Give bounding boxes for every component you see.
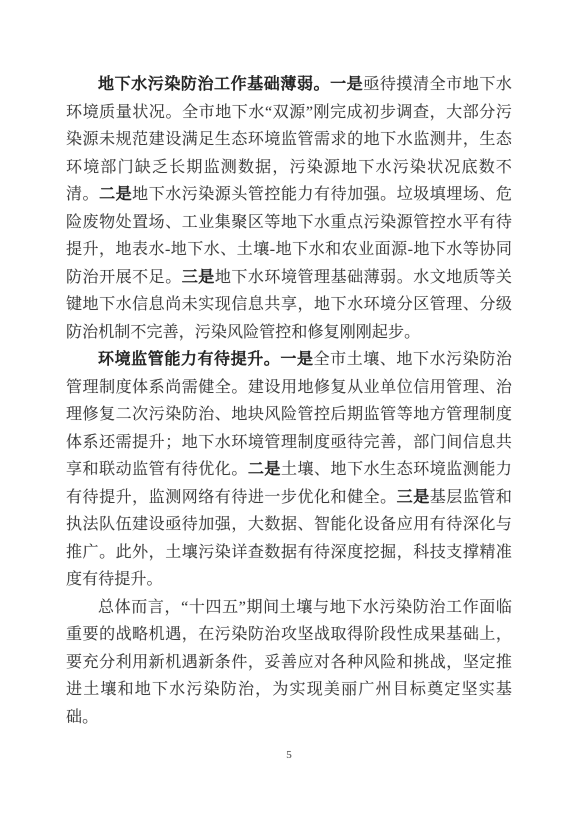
bold-lead-in: 地下水污染防治工作基础薄弱。一是: [98, 76, 363, 93]
text-run: 总体而言，“十四五”期间土壤与地下水污染防治工作面临重要的战略机遇，在污染防治攻…: [66, 599, 512, 726]
document-page: 地下水污染防治工作基础薄弱。一是亟待摸清全市地下水环境质量状况。全市地下水“双源…: [0, 0, 578, 818]
bold-marker-third: 三是: [182, 269, 215, 286]
bold-marker-second: 二是: [248, 461, 281, 478]
bold-lead-in: 环境监管能力有待提升。一是: [98, 351, 314, 368]
bold-marker-third: 三是: [397, 489, 430, 506]
page-number: 5: [0, 748, 578, 762]
paragraph-supervision-capacity: 环境监管能力有待提升。一是全市土壤、地下水污染防治管理制度体系尚需健全。建设用地…: [66, 346, 512, 594]
text-run: 亟待摸清全市地下水环境质量状况。全市地下水“双源”刚完成初步调查，大部分污染源未…: [66, 76, 512, 203]
bold-marker-second: 二是: [99, 186, 132, 203]
paragraph-overall-summary: 总体而言，“十四五”期间土壤与地下水污染防治工作面临重要的战略机遇，在污染防治攻…: [66, 594, 512, 732]
paragraph-groundwater-weak-foundation: 地下水污染防治工作基础薄弱。一是亟待摸清全市地下水环境质量状况。全市地下水“双源…: [66, 71, 512, 346]
text-run: 全市土壤、地下水污染防治管理制度体系尚需健全。建设用地修复从业单位信用管理、治理…: [66, 351, 512, 478]
body-text: 地下水污染防治工作基础薄弱。一是亟待摸清全市地下水环境质量状况。全市地下水“双源…: [66, 71, 512, 731]
